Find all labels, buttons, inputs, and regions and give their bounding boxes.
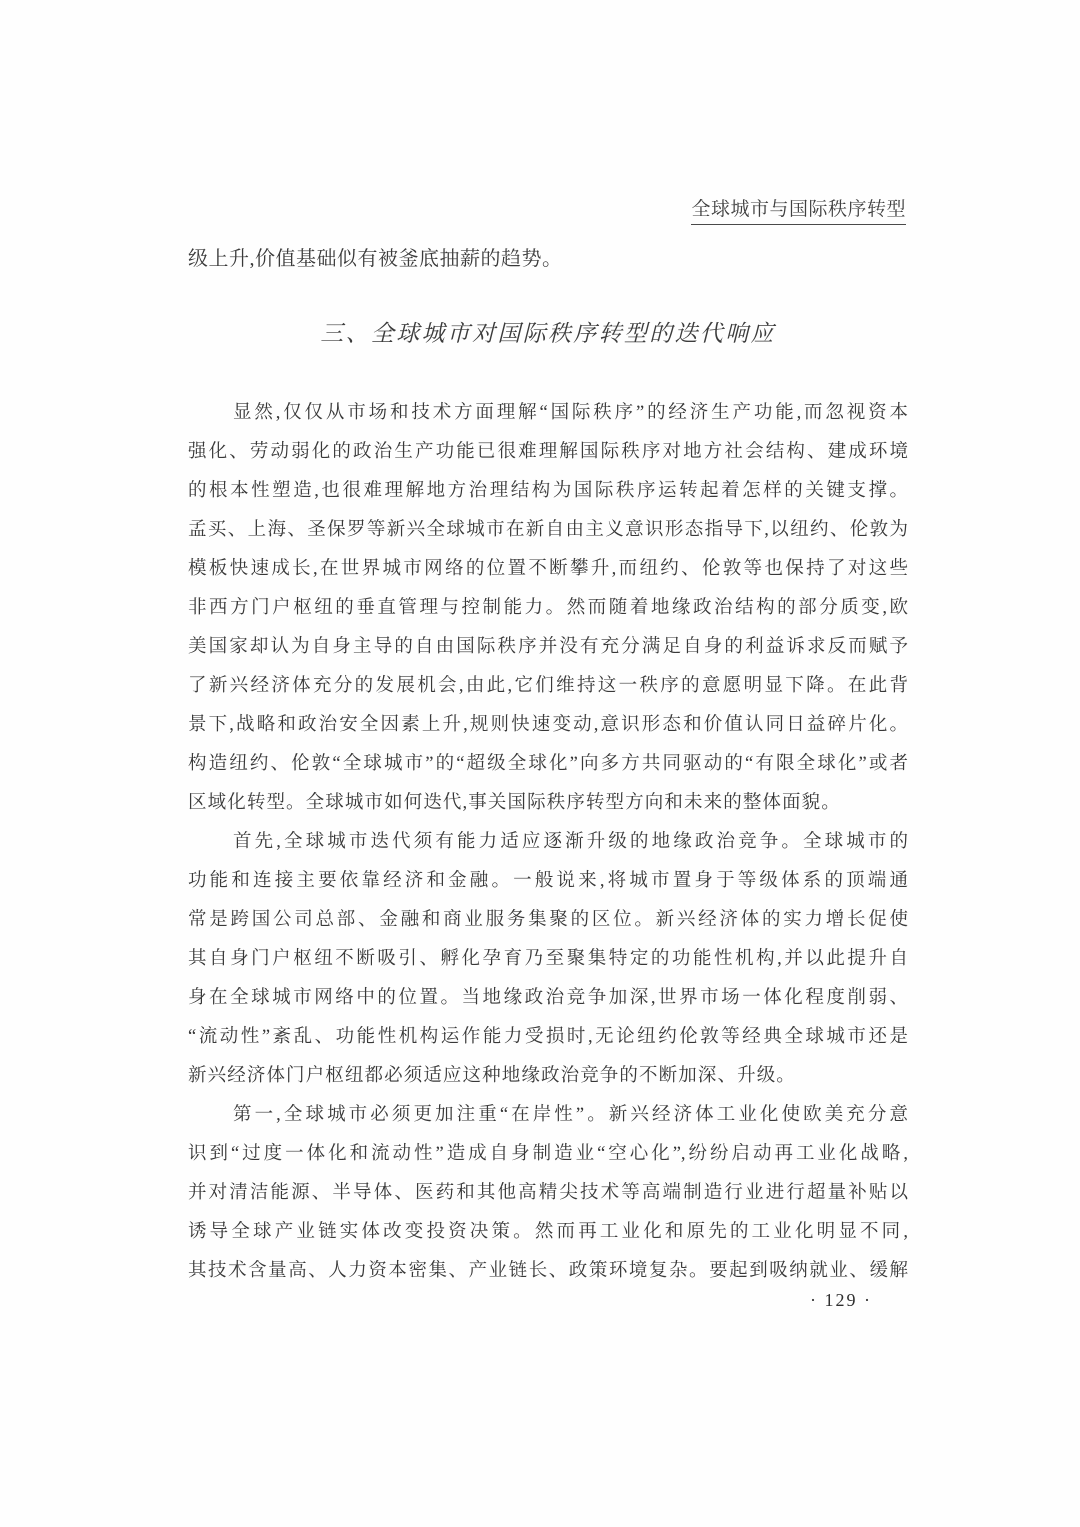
- text-line: 强化、劳动弱化的政治生产功能已很难理解国际秩序对地方社会结构、建成环境: [188, 433, 908, 472]
- text-line: 首先,全球城市迭代须有能力适应逐渐升级的地缘政治竞争。全球城市的: [188, 823, 908, 862]
- text-line: 识到“过度一体化和流动性”造成自身制造业“空心化”,纷纷启动再工业化战略,: [188, 1135, 908, 1174]
- text-line: 其技术含量高、人力资本密集、产业链长、政策环境复杂。要起到吸纳就业、缓解: [188, 1252, 908, 1291]
- text-line: 常是跨国公司总部、金融和商业服务集聚的区位。新兴经济体的实力增长促使: [188, 901, 908, 940]
- text-line: 美国家却认为自身主导的自由国际秩序并没有充分满足自身的利益诉求反而赋予: [188, 628, 908, 667]
- text-line: 区域化转型。全球城市如何迭代,事关国际秩序转型方向和未来的整体面貌。: [188, 784, 908, 823]
- body-text: 显然,仅仅从市场和技术方面理解“国际秩序”的经济生产功能,而忽视资本强化、劳动弱…: [188, 394, 908, 1291]
- running-header: 全球城市与国际秩序转型: [691, 199, 906, 225]
- text-line: 景下,战略和政治安全因素上升,规则快速变动,意识形态和价值认同日益碎片化。: [188, 706, 908, 745]
- text-line: 其自身门户枢纽不断吸引、孵化孕育乃至聚集特定的功能性机构,并以此提升自: [188, 940, 908, 979]
- text-line: 模板快速成长,在世界城市网络的位置不断攀升,而纽约、伦敦等也保持了对这些: [188, 550, 908, 589]
- continuation-line: 级上升,价值基础似有被釜底抽薪的趋势。: [188, 244, 908, 274]
- text-line: 显然,仅仅从市场和技术方面理解“国际秩序”的经济生产功能,而忽视资本: [188, 394, 908, 433]
- text-line: 新兴经济体门户枢纽都必须适应这种地缘政治竞争的不断加深、升级。: [188, 1057, 908, 1096]
- text-line: 孟买、上海、圣保罗等新兴全球城市在新自由主义意识形态指导下,以纽约、伦敦为: [188, 511, 908, 550]
- book-page: 全球城市与国际秩序转型 级上升,价值基础似有被釜底抽薪的趋势。 三、全球城市对国…: [0, 0, 1080, 1527]
- text-line: 了新兴经济体充分的发展机会,由此,它们维持这一秩序的意愿明显下降。在此背: [188, 667, 908, 706]
- text-line: 身在全球城市网络中的位置。当地缘政治竞争加深,世界市场一体化程度削弱、: [188, 979, 908, 1018]
- text-line: 构造纽约、伦敦“全球城市”的“超级全球化”向多方共同驱动的“有限全球化”或者: [188, 745, 908, 784]
- text-line: 非西方门户枢纽的垂直管理与控制能力。然而随着地缘政治结构的部分质变,欧: [188, 589, 908, 628]
- section-heading: 三、全球城市对国际秩序转型的迭代响应: [188, 318, 908, 350]
- page-number: · 129 ·: [810, 1288, 872, 1312]
- text-line: 诱导全球产业链实体改变投资决策。然而再工业化和原先的工业化明显不同,: [188, 1213, 908, 1252]
- text-line: 并对清洁能源、半导体、医药和其他高精尖技术等高端制造行业进行超量补贴以: [188, 1174, 908, 1213]
- text-line: 第一,全球城市必须更加注重“在岸性”。新兴经济体工业化使欧美充分意: [188, 1096, 908, 1135]
- text-line: 功能和连接主要依靠经济和金融。一般说来,将城市置身于等级体系的顶端通: [188, 862, 908, 901]
- text-line: 的根本性塑造,也很难理解地方治理结构为国际秩序运转起着怎样的关键支撑。: [188, 472, 908, 511]
- text-line: “流动性”紊乱、功能性机构运作能力受损时,无论纽约伦敦等经典全球城市还是: [188, 1018, 908, 1057]
